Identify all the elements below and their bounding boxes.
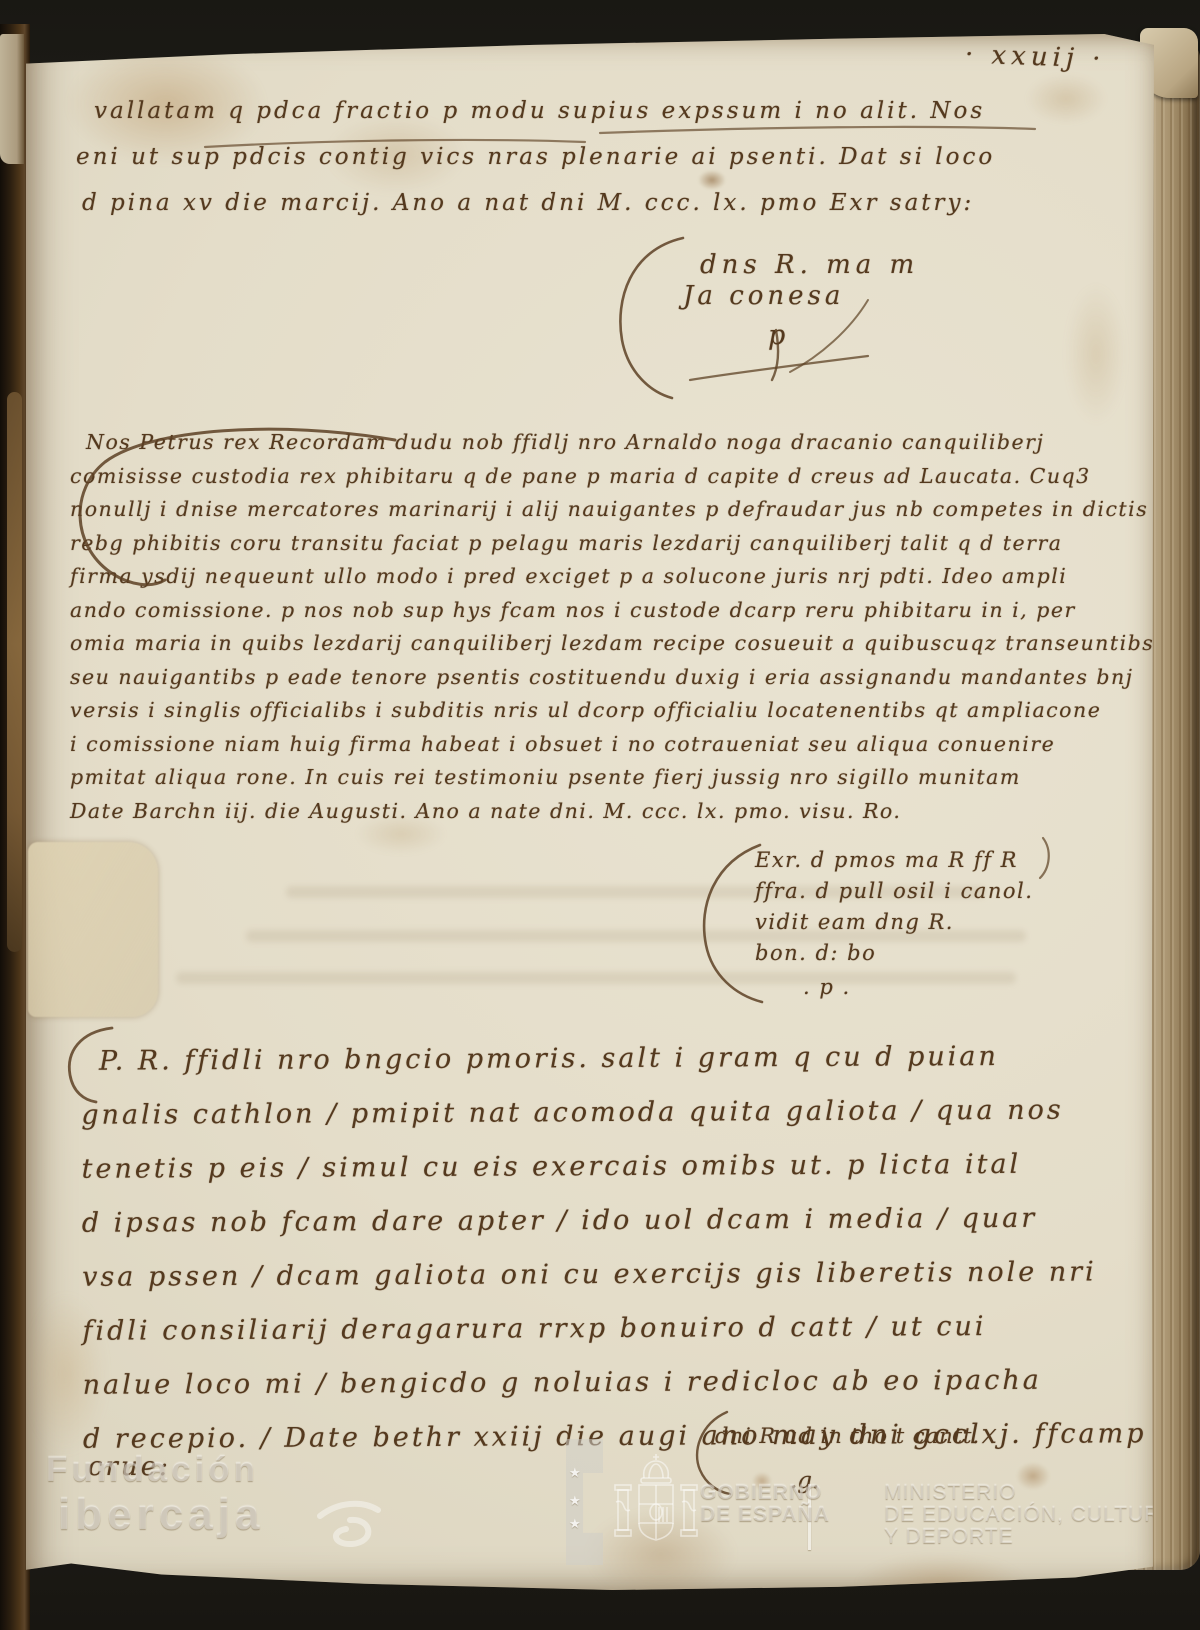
ibercaja-logo-icon: [316, 1494, 382, 1554]
spain-coat-of-arms-icon: [608, 1452, 704, 1554]
paper-repair-patch: [28, 842, 158, 1017]
manuscript-line: fidli consiliarij deragarura rrxp bonuir…: [82, 1299, 1146, 1359]
manuscript-line: P. R. ffidli nro bngcio pmoris. salt i g…: [99, 1029, 1145, 1088]
manuscript-line: pmitat aliqua rone. In cuis rei testimon…: [70, 761, 1154, 795]
manuscript-line: nonullj i dnise mercatores marinarij i a…: [70, 493, 1154, 527]
gobierno-watermark: GOBIERNO DE ESPAÑA: [700, 1482, 830, 1526]
manuscript-line: omia maria in quibs lezdarij canquiliber…: [70, 627, 1154, 661]
ibercaja-watermark-line1: Fundación: [46, 1450, 259, 1490]
manuscript-line: seu nauigantibs p eade tenore psentis co…: [70, 661, 1154, 695]
manuscript-line: Exr. d pmos ma R ff R: [755, 845, 1033, 876]
ministerio-watermark: MINISTERIO DE EDUCACIÓN, CULTURA Y DEPOR…: [884, 1482, 1175, 1548]
manuscript-line: vsa pssen / dcam galiota oni cu exercijs…: [82, 1245, 1146, 1305]
manuscript-line: comisisse custodia rex phibitaru q de pa…: [70, 460, 1154, 494]
gobierno-line1: GOBIERNO: [700, 1482, 830, 1504]
chancery-signature-line: dni R ud in tho t cantt.: [715, 1424, 980, 1448]
manuscript-line: i comissione niam huig firma habeat i ob…: [70, 728, 1154, 762]
paper-stain: [1026, 74, 1106, 124]
chancery-signature-line: Ja conesa: [683, 281, 844, 311]
manuscript-line: d pina xv die marcij. Ano a nat dni M. c…: [82, 180, 995, 226]
manuscript-page: · xxuij · vallatam q pdca fractio p modu…: [26, 34, 1154, 1590]
manuscript-line: versis i singlis officialibs i subditis …: [70, 694, 1154, 728]
paper-stain: [856, 1554, 1026, 1614]
manuscript-line: . p .: [803, 972, 1033, 1003]
chancery-signature-line: dns R. ma m: [700, 250, 919, 280]
ministerio-line1: MINISTERIO: [884, 1482, 1175, 1504]
ministerio-line3: Y DEPORTE: [884, 1526, 1175, 1548]
manuscript-line: ffra. d pull osil i canol.: [755, 876, 1033, 907]
manuscript-line: eni ut sup pdcis contig vics nras plenar…: [76, 134, 995, 180]
manuscript-line: tenetis p eis / simul cu eis exercais om…: [81, 1137, 1145, 1197]
manuscript-line: firma ysdij nequeunt ullo modo i pred ex…: [70, 560, 1154, 594]
manuscript-line: rebg phibitis coru transitu faciat p pel…: [70, 527, 1154, 561]
paragraph-3: P. R. ffidli nro bngcio pmoris. salt i g…: [81, 1029, 1147, 1467]
star-icon: ★: [569, 1466, 581, 1481]
folio-number: · xxuij ·: [965, 40, 1106, 75]
manuscript-line: bon. d: bo: [755, 938, 1033, 969]
ibercaja-watermark-line2: ibercaja: [58, 1490, 264, 1540]
paragraph-2: Nos Petrus rex Recordam dudu nob ffidlj …: [70, 426, 1154, 828]
manuscript-line: Nos Petrus rex Recordam dudu nob ffidlj …: [86, 426, 1154, 460]
signature-bracket: [620, 238, 683, 398]
manuscript-line: d ipsas nob fcam dare apter / ido uol dc…: [82, 1191, 1146, 1251]
binding-wear-strip: [7, 392, 22, 952]
manuscript-line: vallatam q pdca fractio p modu supius ex…: [94, 88, 995, 134]
star-icon: ★: [569, 1494, 581, 1509]
ministerio-line2: DE EDUCACIÓN, CULTURA: [884, 1504, 1175, 1526]
signature-cross-stroke: [690, 356, 868, 380]
manuscript-line: Date Barchn iij. die Augusti. Ano a nate…: [70, 795, 1154, 829]
chancery-signature-mark: p: [768, 320, 785, 351]
marginal-tick: [1040, 838, 1049, 878]
manuscript-photo: · xxuij · vallatam q pdca fractio p modu…: [0, 0, 1200, 1630]
star-icon: ★: [569, 1517, 581, 1532]
binding-top-page-edge: [0, 34, 24, 164]
gobierno-line2: DE ESPAÑA: [700, 1504, 830, 1526]
paragraph-1: vallatam q pdca fractio p modu supius ex…: [76, 88, 995, 226]
manuscript-line: nalue loco mi / bengicdo g noluias i red…: [83, 1353, 1147, 1413]
paper-stain: [1066, 284, 1126, 424]
registration-note: Exr. d pmos ma R ff R ffra. d pull osil …: [755, 845, 1033, 1003]
manuscript-line: gnalis cathlon / pmipit nat acomoda quit…: [81, 1083, 1145, 1143]
manuscript-line: ando comissione. p nos nob sup hys fcam …: [70, 594, 1154, 628]
manuscript-line: vidit eam dng R.: [755, 907, 1033, 938]
